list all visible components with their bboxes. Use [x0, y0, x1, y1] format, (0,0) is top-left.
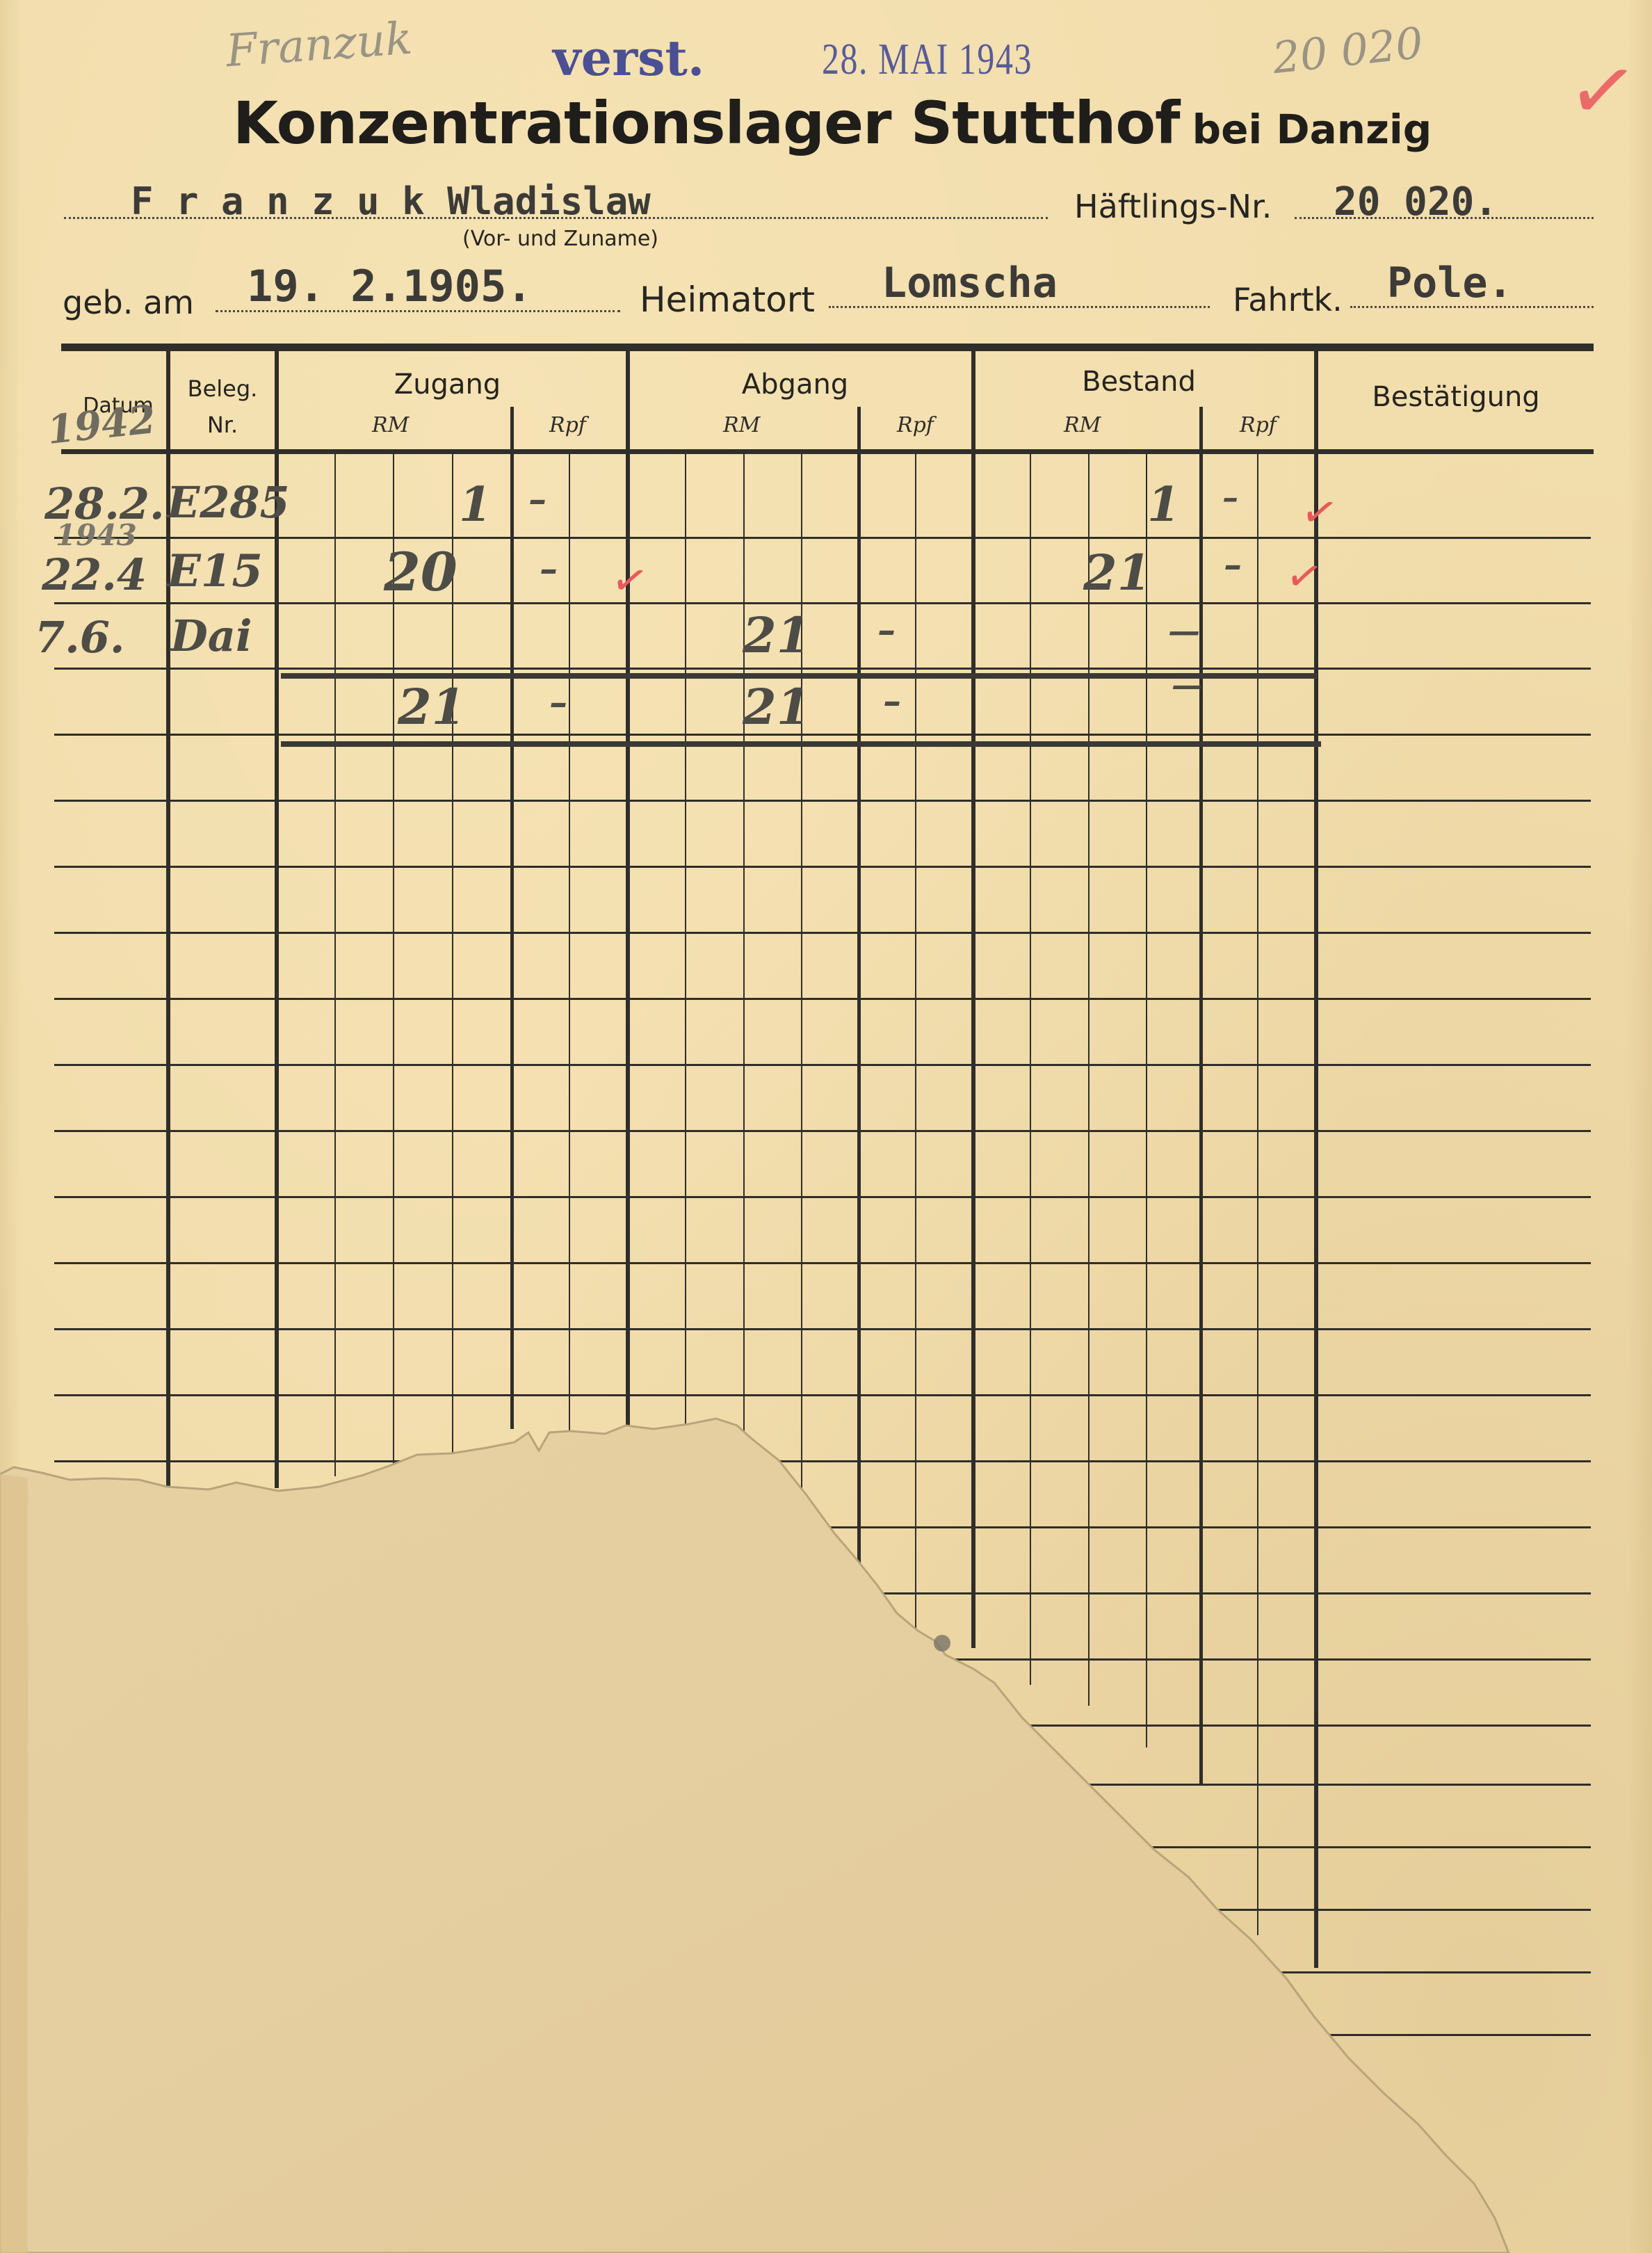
- torn-paper-region: [0, 0, 1652, 2253]
